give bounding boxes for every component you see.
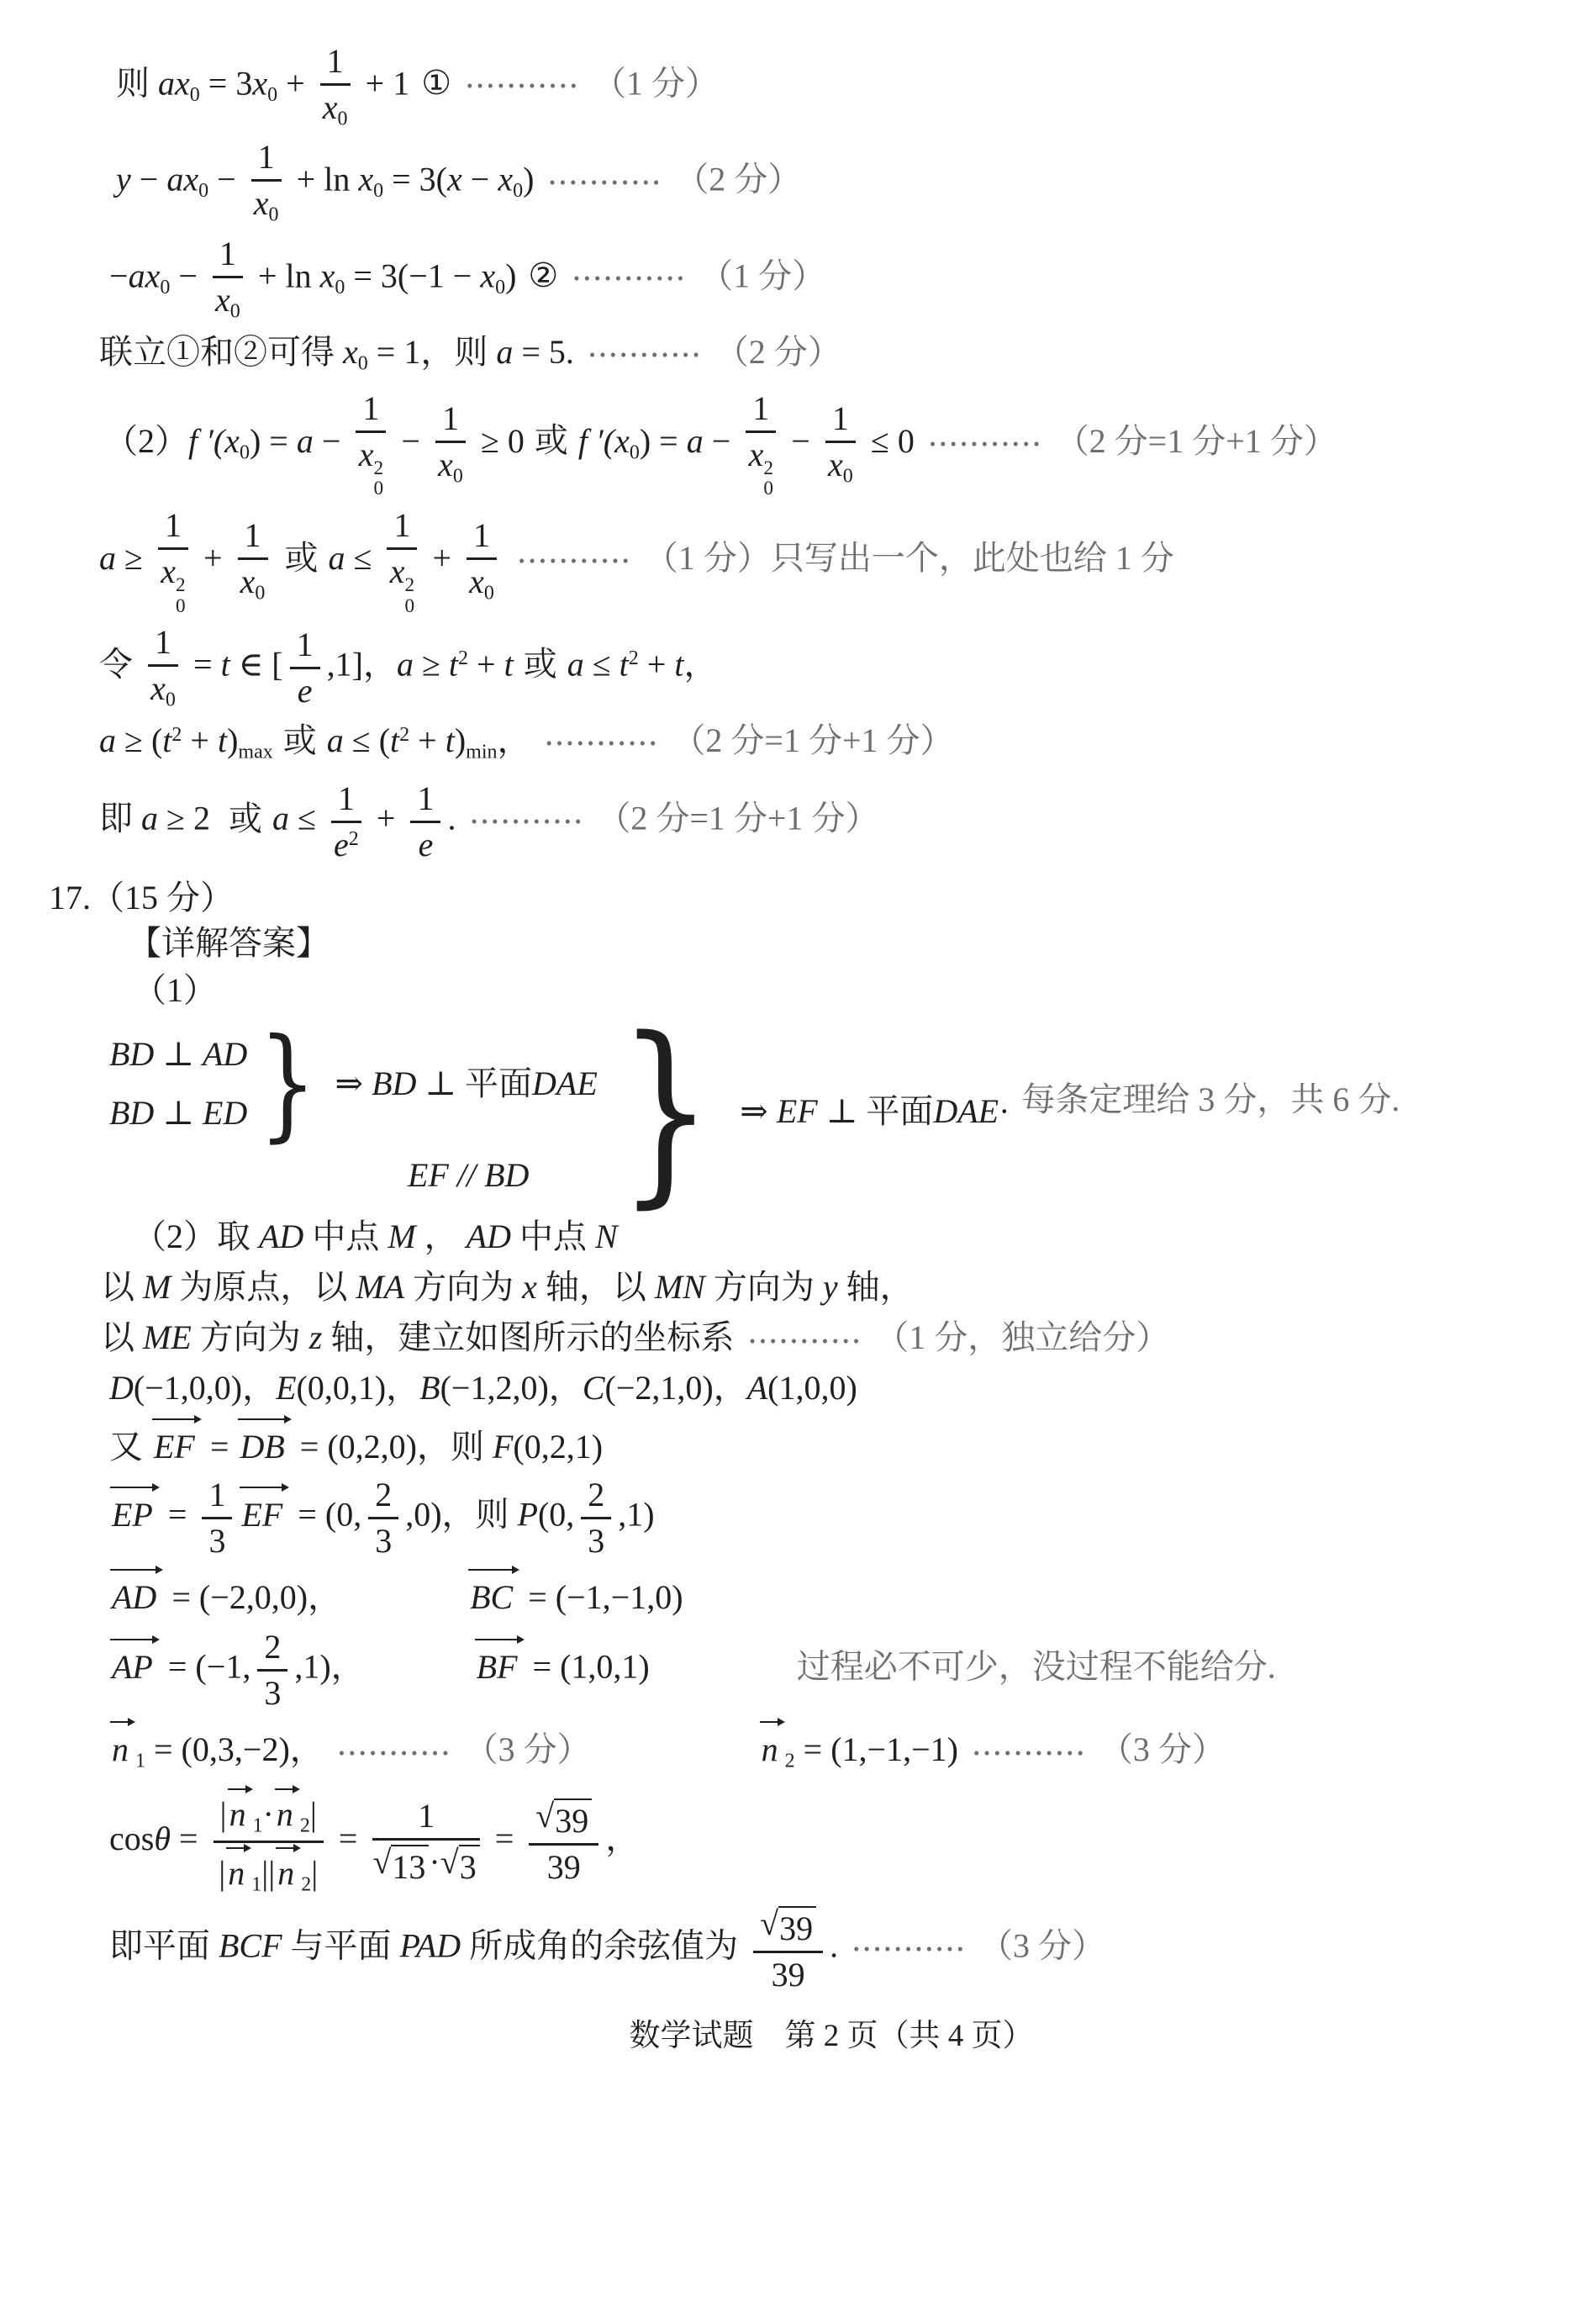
numerator: 1 [251, 138, 282, 182]
math-text: (0,0,1)， [297, 1369, 420, 1407]
math-var: E [276, 1369, 296, 1407]
numerator: 1 [372, 1797, 479, 1841]
math-var: θ [154, 1820, 171, 1857]
math-text: = 3( [383, 161, 447, 198]
vector: n [274, 1787, 300, 1834]
subscript: 1 [253, 1815, 263, 1837]
cjk-text: 或 [535, 421, 568, 459]
denominator: x20 [161, 550, 185, 616]
vector: n [275, 1846, 301, 1893]
denominator: 39 [772, 1953, 805, 1994]
cjk-text: 轴，以 [537, 1268, 655, 1306]
superscript: 2 [373, 458, 383, 478]
math-var: BCF [219, 1926, 282, 1964]
vector: n [109, 1719, 135, 1772]
numerator: 2 [257, 1628, 287, 1672]
dots-leader: ••••••••••• [339, 1743, 453, 1763]
exam-answer-page: 则 ax0 = 3x0 + 1x0 + 1①•••••••••••（1 分） y… [0, 0, 1587, 2057]
denominator: x20 [749, 433, 773, 499]
math-var: x [828, 446, 843, 483]
sub-sup-stack: 20 [176, 575, 186, 616]
cjk-text: 轴， [838, 1268, 914, 1306]
dots-leader: ••••••••••• [471, 811, 585, 832]
premise-1: BD ⊥ AD [109, 1033, 247, 1076]
formula-line-4: 联立①和②可得 x0 = 1，则 a = 5.•••••••••••（2 分） [99, 330, 1553, 378]
fraction: 1√13·√3 [372, 1797, 479, 1887]
math-text: (−1,0,0)， [134, 1369, 276, 1407]
cjk-text: 令 [99, 645, 141, 683]
fraction: 1x0 [825, 399, 856, 489]
math-text: = 5. [513, 333, 574, 371]
subscript: 0 [453, 466, 463, 488]
math-text: = (0,2,0)， [292, 1428, 451, 1466]
math-text: ， [498, 721, 531, 759]
math-var: t [674, 645, 683, 683]
formula-line-2: y − ax0 − 1x0 + ln x0 = 3(x − x0)•••••••… [116, 138, 1553, 227]
math-text: + ln [288, 161, 359, 198]
circled-number: ② [528, 256, 558, 294]
numerator: √39 [529, 1797, 598, 1846]
math-var: x [749, 436, 764, 473]
math-text: ) [505, 256, 516, 294]
numerator: √39 [753, 1904, 823, 1953]
fraction: 1x0 [148, 623, 178, 712]
math-text: ≥ 2 [158, 800, 219, 837]
math-var: x [254, 184, 269, 222]
math-text: ≤ [289, 800, 324, 837]
radicand: 13 [391, 1845, 429, 1887]
numerator: 1 [825, 399, 856, 443]
numerator: 1 [213, 235, 243, 278]
subscript: 0 [630, 441, 640, 463]
math-var: x [320, 256, 335, 294]
label-text: （1） [133, 971, 217, 1009]
numerator: |n1·n2| [214, 1787, 324, 1843]
denominator: 3 [375, 1519, 392, 1561]
math-text: = [185, 645, 221, 683]
numerator: 1 [320, 42, 351, 86]
math-text: = 1， [368, 333, 455, 371]
cjk-text: 又 [109, 1428, 151, 1466]
heading-text: 【详解答案】 [128, 924, 330, 962]
superscript: 2 [349, 828, 359, 850]
numerator: 1 [387, 506, 417, 550]
cjk-text: 轴，建立如图所示的坐标系 [322, 1318, 734, 1356]
fraction: 1x0 [238, 516, 268, 605]
math-text: ≤ [345, 539, 381, 577]
formula-line-1: 则 ax0 = 3x0 + 1x0 + 1①•••••••••••（1 分） [116, 42, 1553, 131]
math-var: t [390, 721, 399, 759]
vector: AP [109, 1637, 160, 1689]
subscript: 0 [373, 180, 383, 202]
math-var: a [99, 721, 116, 759]
note-text: 只写出一个，此处也给 1 分 [771, 539, 1174, 577]
normal-vectors-line: n1 = (0,3,−2)，•••••••••••（3 分）n2 = (1,−1… [109, 1719, 1553, 1775]
perp-symbol: ⊥ [416, 1064, 465, 1102]
period-dot: · [999, 1092, 1010, 1130]
dots-leader: ••••••••••• [589, 345, 704, 365]
math-text: + [368, 800, 404, 837]
superscript: 2 [399, 724, 409, 746]
radicand: 3 [459, 1845, 480, 1887]
superscript: 2 [171, 724, 182, 746]
subscript: 0 [495, 277, 505, 298]
brace-large: } [618, 1017, 712, 1205]
math-text: − [393, 421, 429, 459]
math-text: = (0, [289, 1496, 361, 1534]
math-text: . [830, 1926, 838, 1964]
dots-leader: ••••••••••• [930, 434, 1044, 454]
cjk-text: 平面 [866, 1092, 933, 1130]
denominator: e2 [334, 823, 359, 864]
math-text: ) = [640, 421, 687, 459]
math-var: EF [777, 1092, 818, 1130]
fraction: 23 [368, 1476, 398, 1561]
score-label: （1 分） [593, 64, 719, 102]
cjk-text: 所成角的余弦值为 [461, 1926, 746, 1964]
math-text: − [462, 161, 498, 198]
answer-heading: 【详解答案】 [128, 922, 1553, 965]
math-text: ,0)， [405, 1496, 475, 1534]
math-var: D [109, 1369, 134, 1407]
subscript: 0 [230, 300, 240, 322]
score-label: （1 分） [645, 539, 771, 577]
score-label: （2 分） [715, 333, 841, 371]
math-text: − [170, 256, 206, 294]
dots-leader: ••••••••••• [853, 1939, 967, 1959]
math-var: t [446, 721, 455, 759]
dots-leader: ••••••••••• [973, 1743, 1088, 1763]
math-var: DAE [532, 1064, 598, 1102]
denominator: |n1||n2| [219, 1843, 318, 1897]
math-var: AD [467, 1217, 511, 1255]
math-var: y [823, 1268, 838, 1306]
numerator: 1 [331, 779, 361, 823]
perp-symbol: ⊥ [154, 1094, 203, 1132]
math-var: BD [109, 1094, 154, 1132]
math-var: x [215, 281, 230, 319]
math-var: PAD [400, 1926, 461, 1964]
math-text: + 1 [357, 64, 410, 102]
math-var: x [498, 161, 513, 198]
math-var: BD [484, 1156, 529, 1194]
coordinates-line: D(−1,0,0)，E(0,0,1)，B(−1,2,0)，C(−2,1,0)，A… [109, 1366, 1553, 1410]
vector: EF [239, 1485, 289, 1537]
numerator: 1 [290, 626, 320, 669]
subscript: 0 [267, 84, 277, 106]
math-var: e [298, 672, 313, 710]
cjk-text: （2） [104, 421, 188, 459]
math-var: t [504, 645, 514, 683]
math-text: ≥ ( [116, 721, 162, 759]
math-text: + [424, 539, 460, 577]
numerator: 1 [158, 506, 188, 550]
abs-bar: | [311, 1854, 318, 1892]
subscript: 0 [190, 84, 200, 106]
numerator: 1 [435, 399, 466, 443]
dots-leader: ••••••••••• [549, 172, 663, 193]
sub-sup-stack: 20 [373, 458, 383, 499]
fraction: 1x0 [320, 42, 351, 131]
math-var: B [419, 1369, 440, 1407]
cjk-text: 平面 [465, 1064, 532, 1102]
math-text: ≤ [584, 645, 620, 683]
denominator: x20 [359, 433, 383, 499]
cjk-text: 或 [283, 721, 317, 759]
math-var: x [522, 1268, 537, 1306]
math-var: x [358, 161, 373, 198]
denominator: 3 [264, 1672, 281, 1713]
subscript: 0 [160, 277, 170, 298]
subscript: 2 [301, 1874, 311, 1896]
fraction: 1x20 [387, 506, 417, 616]
math-text: ， [605, 1820, 639, 1857]
math-text: ∈ [ [230, 645, 283, 683]
math-var: x [240, 563, 256, 600]
math-text: + [277, 64, 314, 102]
math-var: t [620, 645, 629, 683]
formula-line-3: −ax0 − 1x0 + ln x0 = 3(−1 − x0)②••••••••… [109, 235, 1553, 324]
math-text: ) [523, 161, 534, 198]
math-var: e [334, 826, 349, 864]
cjk-text: 方向为 [705, 1268, 823, 1306]
score-label: （2 分） [675, 161, 801, 198]
subscript: 0 [335, 277, 345, 298]
circled-number: ① [421, 64, 451, 102]
math-var: a [297, 421, 314, 459]
numerator: 1 [410, 779, 440, 823]
cjk-text: 即平面 [109, 1926, 219, 1964]
note-text: 过程必不可少，没过程不能给分. [797, 1648, 1276, 1686]
math-var: a [327, 721, 344, 759]
math-text: = 3(−1 − [345, 256, 480, 294]
denominator: x0 [254, 182, 279, 227]
math-var: M [143, 1268, 171, 1306]
math-text: ≤ 0 [862, 421, 915, 459]
fraction: 23 [257, 1628, 287, 1713]
math-text: ≥ 0 [472, 421, 525, 459]
radicand: 39 [554, 1798, 592, 1841]
math-var: z [309, 1318, 323, 1356]
math-var: N [595, 1217, 618, 1255]
subscript: 0 [373, 478, 383, 499]
formula-line-7: 令 1x0 = t ∈ [1e,1]，a ≥ t2 + t或a ≤ t2 + t… [99, 623, 1553, 712]
fraction: 1x20 [746, 389, 776, 499]
math-var: a [397, 645, 414, 683]
math-text: + [639, 645, 675, 683]
implies-arrow: ⇒ [335, 1064, 364, 1102]
implication-diagram: BD ⊥ AD BD ⊥ ED } ⇒ BD ⊥ 平面DAE EF // BD … [109, 1017, 1553, 1205]
fraction: 1e2 [331, 779, 361, 864]
dot-operator: · [429, 1843, 440, 1881]
vector: DB [237, 1417, 291, 1469]
denominator: e [298, 669, 313, 710]
math-text: ， [683, 645, 717, 683]
denominator: 3 [208, 1519, 225, 1561]
numerator: 1 [202, 1476, 232, 1519]
math-var: C [583, 1369, 605, 1407]
math-var: M [388, 1217, 415, 1255]
dots-leader: ••••••••••• [573, 268, 688, 288]
math-var: x [150, 669, 166, 707]
math-var: x [343, 333, 358, 371]
math-var: x [252, 64, 267, 102]
fraction: 1x0 [213, 235, 243, 324]
denominator: 3 [588, 1519, 604, 1561]
math-text: = [487, 1820, 523, 1857]
denominator: x20 [390, 550, 414, 616]
math-text: (−1,2,0)， [440, 1369, 583, 1407]
fraction: 1x20 [356, 389, 386, 499]
question-number: 17.（15 分） [49, 876, 1553, 920]
radical-icon: √ [535, 1798, 554, 1834]
cjk-text: 方向为 [192, 1318, 309, 1356]
formula-line-9: 即 a ≥ 2 或a ≤ 1e2 + 1e.•••••••••••（2 分=1 … [99, 779, 1553, 864]
vector-line-21: AP = (−1,23,1)，BF = (1,0,1)过程必不可少，没过程不能给… [109, 1628, 1553, 1713]
cjk-text: 中点 [511, 1217, 595, 1255]
math-text: cos [109, 1820, 154, 1857]
premise-pair: BD ⊥ AD BD ⊥ ED [109, 1033, 247, 1135]
numerator: 1 [356, 389, 386, 433]
math-text: ≥ [116, 539, 151, 577]
premise-2: BD ⊥ ED [109, 1091, 247, 1135]
cjk-text: 以 [101, 1318, 143, 1356]
subscript: 1 [135, 1751, 145, 1772]
vector: BF [474, 1637, 525, 1689]
math-text: ,1]， [327, 645, 397, 683]
denominator: x0 [150, 667, 176, 712]
cjk-text: 或 [229, 800, 262, 837]
numerator: 1 [148, 623, 178, 667]
math-text: (0,2,1) [513, 1428, 603, 1466]
math-text: ,1)， [294, 1648, 364, 1686]
superscript: 2 [176, 575, 186, 595]
dots-leader: ••••••••••• [749, 1331, 863, 1351]
radical-icon: √ [372, 1845, 391, 1880]
score-label: （3 分） [979, 1926, 1105, 1964]
math-var: DAE [933, 1092, 999, 1130]
math-text: + [195, 539, 231, 577]
subscript: 0 [763, 478, 773, 499]
math-text: − [208, 161, 245, 198]
numerator: 1 [467, 516, 497, 560]
abs-bar: | [219, 1854, 225, 1892]
subscript: 0 [338, 108, 348, 130]
math-text: ) [227, 721, 238, 759]
math-text: ) = [250, 421, 297, 459]
cosine-formula-line: cosθ = |n1·n2||n1||n2| = 1√13·√3 = √3939… [109, 1787, 1553, 1898]
brace-small: } [259, 1026, 317, 1142]
cjk-text: 为原点，以 [171, 1268, 356, 1306]
radicand: 39 [778, 1906, 816, 1948]
math-var: AD [259, 1217, 303, 1255]
score-label: （3 分） [1099, 1730, 1226, 1768]
sub-sup-stack: 20 [763, 458, 773, 499]
score-label: （1 分） [699, 256, 825, 294]
math-text: + [409, 721, 446, 759]
vector-line-20: AD = (−2,0,0)，BC = (−1,−1,0) [109, 1567, 1553, 1619]
math-text: ≤ ( [344, 721, 390, 759]
math-var: ax [166, 161, 198, 198]
math-text: − [131, 161, 167, 198]
premise-3: EF // BD [408, 1154, 598, 1197]
denominator: 39 [547, 1846, 581, 1887]
vector: n [225, 1846, 251, 1893]
vector-line-18: 又 EF = DB = (0,2,0)，则 F(0,2,1) [109, 1417, 1553, 1469]
denominator: x0 [438, 443, 463, 489]
math-var: x [359, 436, 374, 473]
math-var: F [493, 1428, 513, 1466]
subscript: 0 [255, 583, 265, 605]
superscript: 2 [629, 647, 639, 669]
dots-leader: ••••••••••• [546, 733, 661, 753]
cjk-text: 则 [454, 333, 496, 371]
math-var: MA [356, 1268, 404, 1306]
radical-icon: √ [440, 1845, 459, 1880]
conclusion-2: ⇒ EF ⊥ 平面DAE· [740, 1090, 1010, 1133]
subscript: 2 [300, 1815, 310, 1837]
math-text: = (1,−1,−1) [795, 1730, 958, 1768]
math-var: x [323, 88, 338, 126]
text-line-14: （2）取 AD 中点 M ， AD 中点 N [133, 1215, 1553, 1259]
cjk-text: 联立①和②可得 [99, 333, 343, 371]
math-text: ,1) [618, 1496, 654, 1534]
math-var: a [329, 539, 345, 577]
math-text: ≥ [414, 645, 449, 683]
score-label: （3 分） [465, 1730, 591, 1768]
vector: EP [109, 1485, 160, 1537]
abs-bar: | [310, 1795, 317, 1833]
dot-operator: · [263, 1795, 274, 1833]
vector: AD [109, 1567, 163, 1619]
abs-bar: | [220, 1795, 227, 1833]
math-text: − [783, 421, 819, 459]
text-line-15: 以 M 为原点，以 MA 方向为 x 轴，以 MN 方向为 y 轴， [101, 1265, 1553, 1309]
math-var: x [469, 563, 484, 600]
math-text: ， [416, 1217, 467, 1255]
math-var: a [496, 333, 513, 371]
formula-line-5: （2）f ′(x0) = a − 1x20 − 1x0 ≥ 0或f ′(x0) … [104, 389, 1553, 499]
math-text: = (−1, [160, 1648, 250, 1686]
math-text: ) [455, 721, 466, 759]
conclusion-1: ⇒ BD ⊥ 平面DAE [335, 1062, 598, 1106]
sqrt: √39 [535, 1798, 592, 1841]
math-text: − [109, 256, 129, 294]
denominator: e [419, 823, 434, 864]
parallel-symbol: // [449, 1156, 484, 1194]
fraction: √3939 [753, 1904, 823, 1994]
text-line-16: 以 ME 方向为 z 轴，建立如图所示的坐标系•••••••••••（1 分，独… [101, 1316, 1553, 1360]
sqrt: √3 [440, 1845, 480, 1887]
question-title: 17.（15 分） [49, 879, 234, 916]
math-var: x [161, 552, 176, 590]
math-var: t [449, 645, 458, 683]
math-var: MN [655, 1268, 705, 1306]
subscript: 1 [251, 1874, 261, 1896]
math-text: + [468, 645, 504, 683]
math-text: = [171, 1820, 207, 1857]
part-1-label: （1） [133, 969, 1553, 1012]
implies-arrow: ⇒ [740, 1092, 768, 1130]
fraction: √3939 [529, 1797, 598, 1887]
math-var: y [116, 161, 131, 198]
fraction: 1x0 [467, 516, 497, 605]
math-var: a [272, 800, 289, 837]
score-label: （2 分=1 分+1 分） [597, 800, 878, 837]
math-var: x [390, 552, 405, 590]
math-var: BD [109, 1035, 154, 1073]
radical-icon: √ [760, 1906, 778, 1941]
